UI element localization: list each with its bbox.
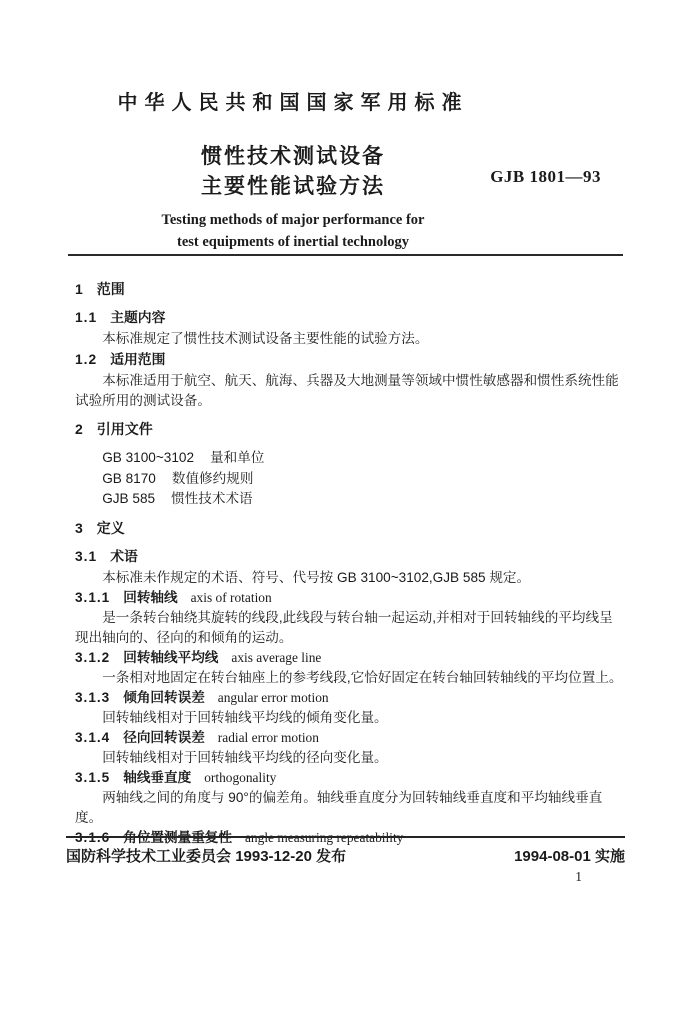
term-name-en: axis average line: [231, 650, 321, 665]
clause-number: 2: [75, 421, 84, 437]
clause-number: 3.1.5: [75, 770, 110, 785]
referenced-document: GB 8170数值修约规则: [102, 469, 625, 490]
term-3-1-1-definition: 是一条转台轴绕其旋转的线段,此线段与转台轴一起运动,并相对于回转轴线的平均线呈现…: [75, 608, 625, 648]
clause-number: 3: [75, 520, 84, 536]
referenced-document: GB 3100~3102量和单位: [102, 448, 625, 469]
implement-date: 1994-08-01: [514, 848, 591, 865]
document-page: 中华人民共和国国家军用标准 惯性技术测试设备 主要性能试验方法 Testing …: [0, 0, 685, 1026]
reference-title: 数值修约规则: [172, 471, 254, 486]
clause-title: 引用文件: [97, 421, 153, 437]
footer-divider: [66, 836, 625, 838]
term-3-1-2-heading: 3.1.2回转轴线平均线axis average line: [75, 648, 625, 668]
reference-title: 惯性技术术语: [171, 491, 253, 506]
section-3-1-paragraph: 本标准未作规定的术语、符号、代号按 GB 3100~3102,GJB 585 规…: [75, 568, 625, 588]
section-1-2-paragraph: 本标准适用于航空、航天、航海、兵器及大地测量等领域中惯性敏感器和惯性系统性能试验…: [75, 371, 625, 411]
clause-title: 主题内容: [110, 310, 165, 325]
clause-number: 3.1.2: [75, 650, 110, 665]
clause-title: 术语: [110, 549, 138, 564]
clause-number: 3.1.1: [75, 590, 110, 605]
term-3-1-3-heading: 3.1.3倾角回转误差angular error motion: [75, 688, 625, 708]
clause-title: 适用范围: [110, 352, 165, 367]
implement-statement: 1994-08-01 实施: [514, 845, 625, 866]
section-3-1-heading: 3.1术语: [75, 547, 625, 567]
reference-code: GJB 585: [102, 491, 155, 506]
document-body: 1范围 1.1主题内容 本标准规定了惯性技术测试设备主要性能的试验方法。 1.2…: [75, 271, 625, 848]
clause-number: 1: [75, 281, 84, 297]
referenced-documents-list: GB 3100~3102量和单位 GB 8170数值修约规则 GJB 585惯性…: [75, 448, 625, 510]
term-3-1-4-definition: 回转轴线相对于回转轴线平均线的径向变化量。: [75, 748, 625, 768]
document-title-en-line2: test equipments of inertial technology: [68, 231, 518, 253]
term-3-1-1-heading: 3.1.1回转轴线axis of rotation: [75, 588, 625, 608]
header-divider: [68, 254, 623, 256]
section-2-heading: 2引用文件: [75, 419, 625, 439]
standard-number: GJB 1801—93: [490, 167, 601, 187]
clause-number: 1.2: [75, 352, 97, 367]
term-name-en: axis of rotation: [191, 590, 272, 605]
clause-number: 3.1.3: [75, 690, 110, 705]
page-number: 1: [575, 869, 582, 885]
issue-date: 1993-12-20: [235, 848, 312, 865]
document-title-zh-line1: 惯性技术测试设备: [68, 142, 518, 172]
clause-number: 3.1.4: [75, 730, 110, 745]
referenced-document: GJB 585惯性技术术语: [102, 489, 625, 510]
clause-number: 3.1: [75, 549, 97, 564]
section-1-2-heading: 1.2适用范围: [75, 350, 625, 370]
section-1-1-heading: 1.1主题内容: [75, 308, 625, 328]
term-3-1-3-definition: 回转轴线相对于回转轴线平均线的倾角变化量。: [75, 708, 625, 728]
issuing-body: 国防科学技术工业委员会: [66, 848, 231, 865]
footer: 国防科学技术工业委员会 1993-12-20 发布 1994-08-01 实施: [66, 845, 625, 866]
term-3-1-2-definition: 一条相对地固定在转台轴座上的参考线段,它恰好固定在转台轴回转轴线的平均位置上。: [75, 668, 625, 688]
issue-label: 发布: [316, 848, 346, 865]
term-name-zh: 径向回转误差: [123, 730, 205, 745]
implement-label: 实施: [595, 848, 625, 865]
clause-title: 定义: [97, 520, 125, 536]
term-name-en: orthogonality: [204, 770, 276, 785]
section-1-heading: 1范围: [75, 279, 625, 299]
term-name-zh: 回转轴线平均线: [123, 650, 218, 665]
term-3-1-5-definition: 两轴线之间的角度与 90°的偏差角。轴线垂直度分为回转轴线垂直度和平均轴线垂直度…: [75, 788, 625, 828]
document-title-zh-line2: 主要性能试验方法: [68, 172, 518, 202]
term-name-en: angular error motion: [218, 690, 329, 705]
document-title-en-line1: Testing methods of major performance for: [68, 209, 518, 231]
reference-title: 量和单位: [210, 450, 264, 465]
clause-number: 1.1: [75, 310, 97, 325]
term-3-1-4-heading: 3.1.4径向回转误差radial error motion: [75, 728, 625, 748]
section-3-heading: 3定义: [75, 518, 625, 538]
term-name-zh: 轴线垂直度: [123, 770, 191, 785]
section-1-1-paragraph: 本标准规定了惯性技术测试设备主要性能的试验方法。: [75, 329, 625, 349]
reference-code: GB 3100~3102: [102, 450, 194, 465]
standard-type-heading: 中华人民共和国国家军用标准: [68, 86, 518, 115]
term-name-zh: 回转轴线: [123, 590, 177, 605]
term-3-1-5-heading: 3.1.5轴线垂直度orthogonality: [75, 768, 625, 788]
term-name-zh: 倾角回转误差: [123, 690, 205, 705]
issue-statement: 国防科学技术工业委员会 1993-12-20 发布: [66, 845, 346, 866]
term-name-en: radial error motion: [218, 730, 319, 745]
clause-title: 范围: [97, 281, 125, 297]
reference-code: GB 8170: [102, 471, 156, 486]
title-block: 中华人民共和国国家军用标准 惯性技术测试设备 主要性能试验方法 Testing …: [68, 86, 518, 253]
